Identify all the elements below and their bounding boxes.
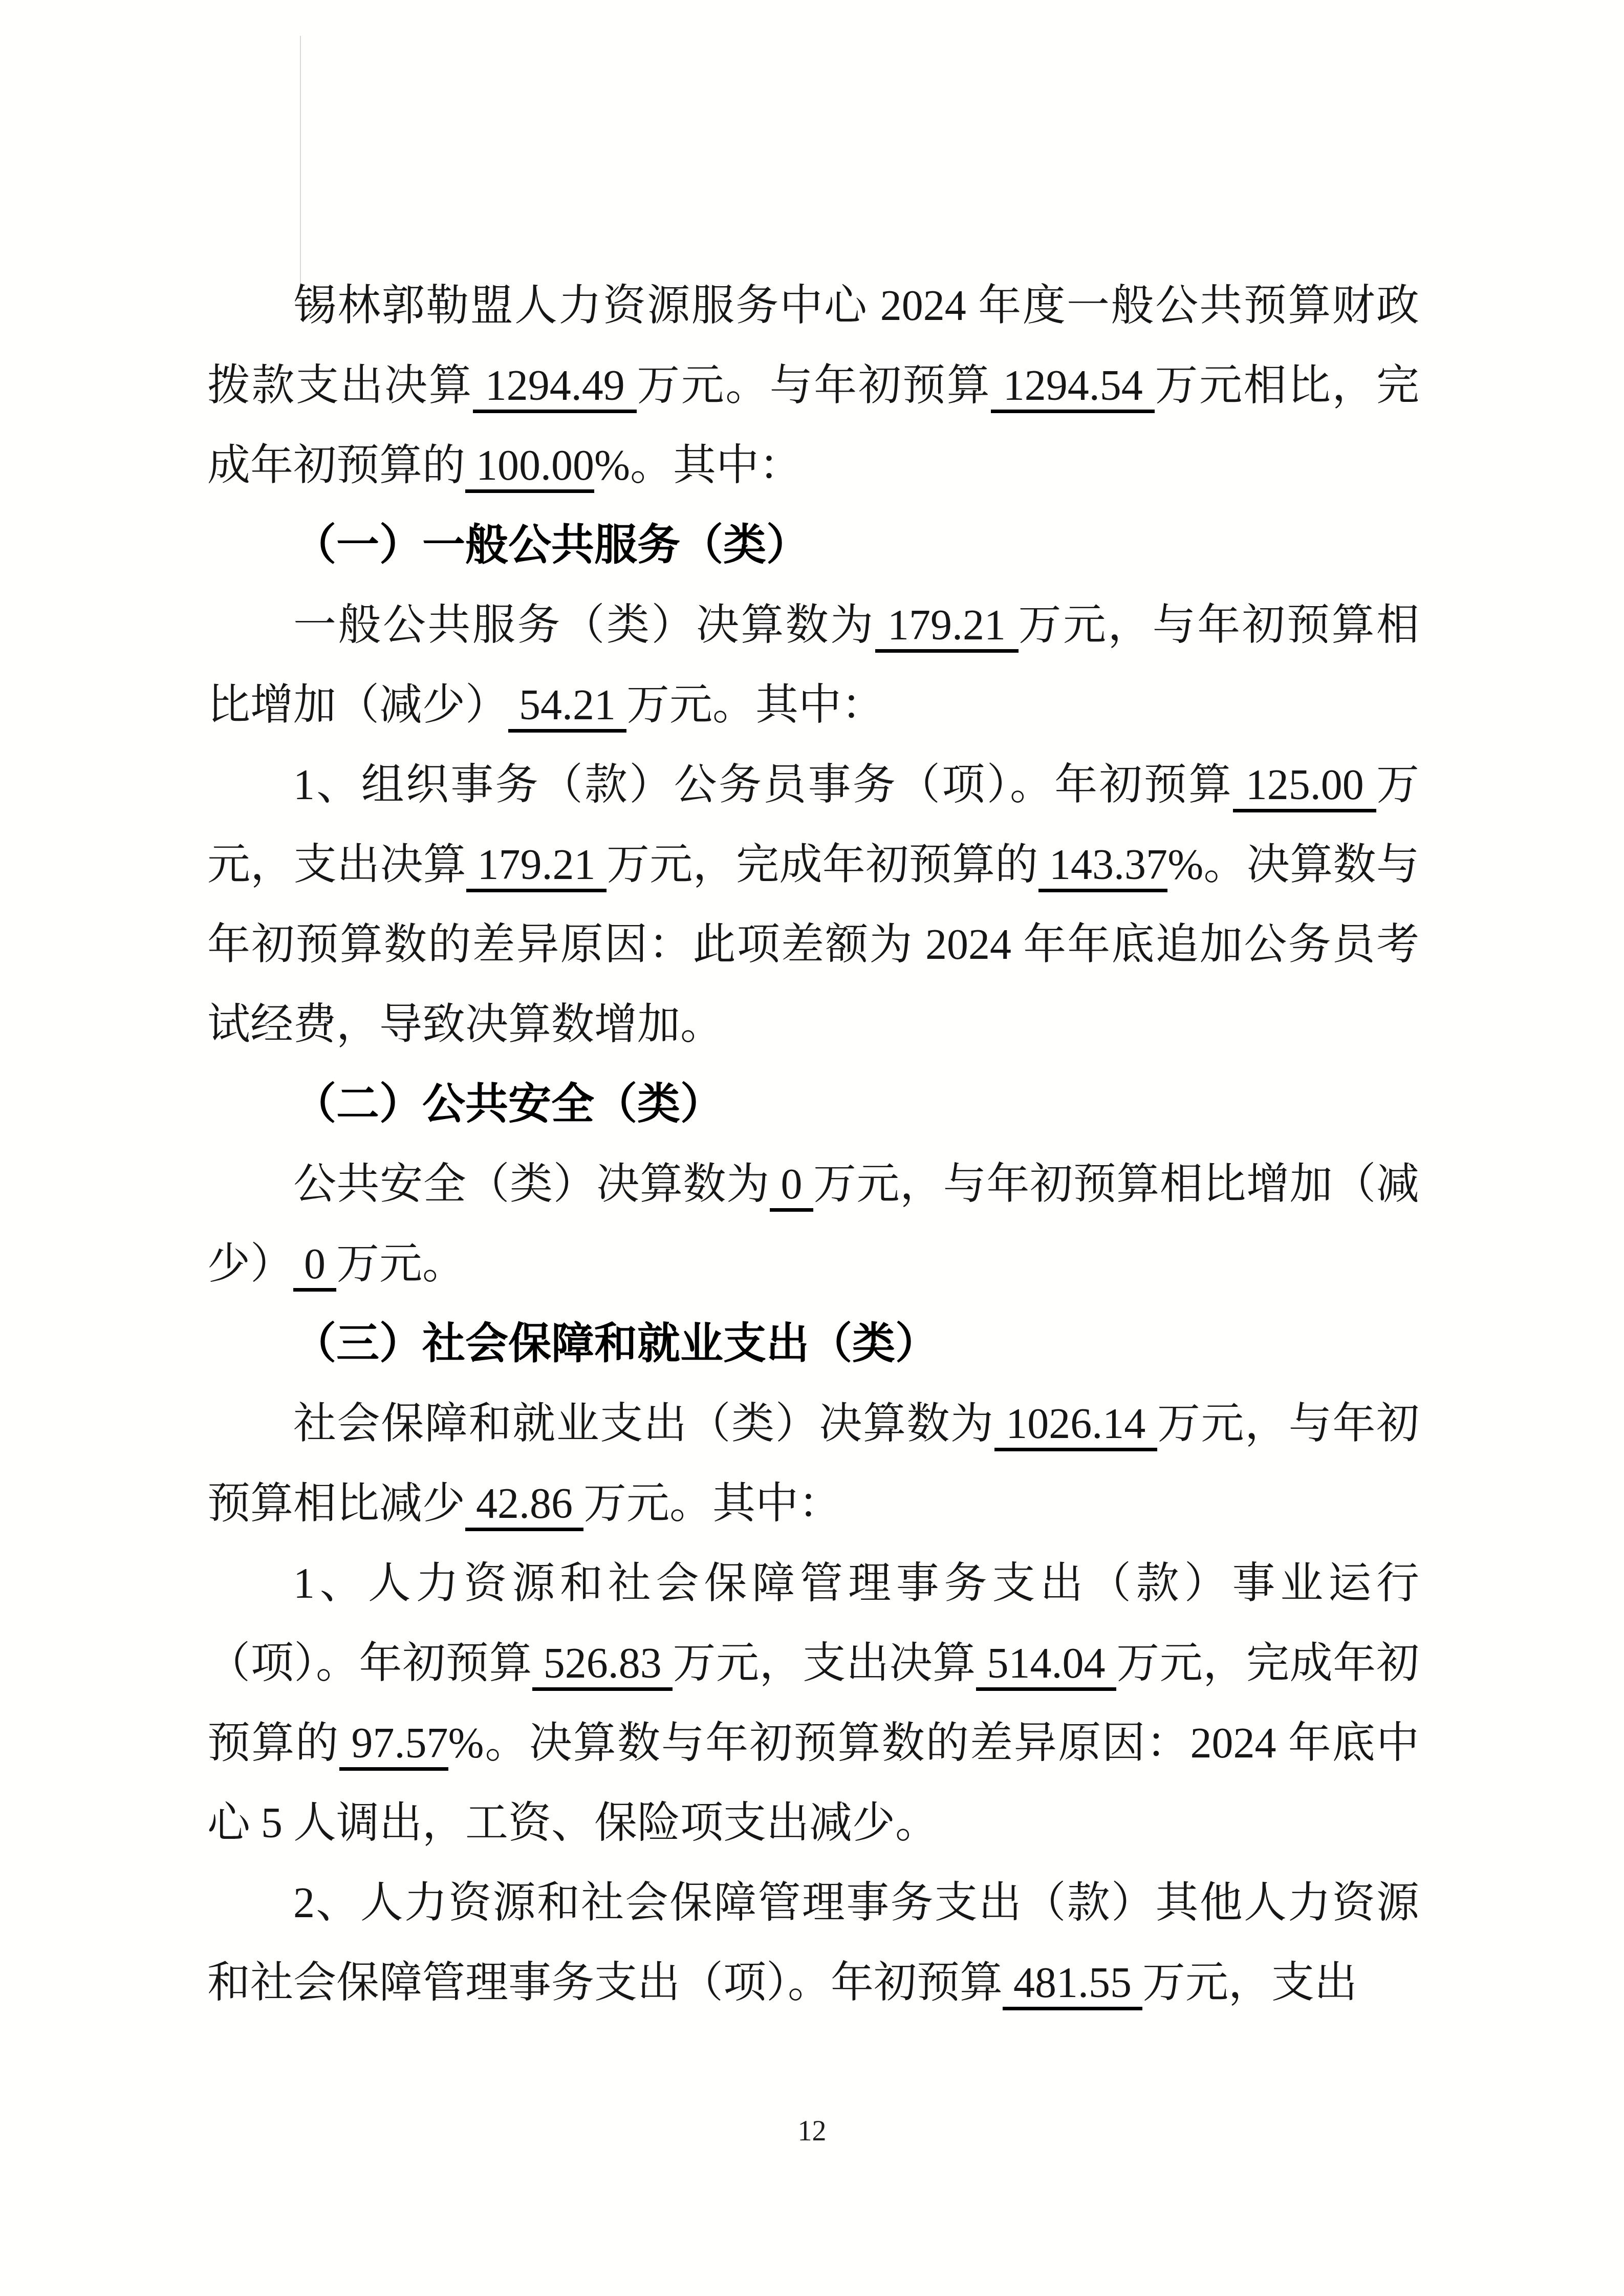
document-body: 锡林郭勒盟人力资源服务中心 2024 年度一般公共预算财政拨款支出决算 1294… — [207, 266, 1419, 2023]
underlined-value: 42.86 — [465, 1480, 583, 1531]
section-heading: （一）一般公共服务（类） — [207, 506, 1419, 586]
section-heading: （二）公共安全（类） — [207, 1065, 1419, 1145]
text-segment: 万元。其中： — [626, 681, 884, 729]
text-segment: 公共安全（类）决算数为 — [293, 1161, 770, 1208]
underlined-value: 143.37 — [1038, 841, 1167, 892]
text-segment: 一般公共服务（类）决算数为 — [293, 602, 875, 649]
underlined-value: 526.83 — [532, 1640, 673, 1691]
text-segment: 1、组织事务（款）公务员事务（项）。年初预算 — [293, 761, 1233, 809]
underlined-value: 100.00 — [465, 442, 594, 493]
paragraph: 1、人力资源和社会保障管理事务支出（款）事业运行（项）。年初预算 526.83 … — [207, 1544, 1419, 1863]
text-segment: 万元，支出决算 — [673, 1640, 976, 1687]
page-number: 12 — [0, 2113, 1624, 2149]
text-segment: （二）公共安全（类） — [293, 1081, 723, 1128]
underlined-value: 179.21 — [466, 841, 607, 892]
paragraph: 公共安全（类）决算数为 0 万元，与年初预算相比增加（减少） 0 万元。 — [207, 1145, 1419, 1304]
section-heading: （三）社会保障和就业支出（类） — [207, 1304, 1419, 1384]
underlined-value: 0 — [293, 1240, 336, 1292]
text-segment: 社会保障和就业支出（类）决算数为 — [293, 1400, 994, 1448]
underlined-value: 1294.54 — [991, 362, 1155, 413]
text-segment: 万元。 — [336, 1240, 465, 1288]
text-segment: 万元，支出 — [1142, 1959, 1357, 2007]
document-page: 锡林郭勒盟人力资源服务中心 2024 年度一般公共预算财政拨款支出决算 1294… — [0, 0, 1624, 2296]
paragraph: 锡林郭勒盟人力资源服务中心 2024 年度一般公共预算财政拨款支出决算 1294… — [207, 266, 1419, 506]
underlined-value: 97.57 — [339, 1720, 448, 1771]
paragraph: 社会保障和就业支出（类）决算数为 1026.14 万元，与年初预算相比减少 42… — [207, 1384, 1419, 1544]
underlined-value: 481.55 — [1003, 1959, 1142, 2010]
text-segment: 万元，完成年初预算的 — [607, 841, 1038, 889]
text-segment: %。其中： — [594, 442, 802, 489]
text-segment: 万元。与年初预算 — [637, 362, 991, 410]
underlined-value: 179.21 — [875, 602, 1019, 653]
text-segment: （一）一般公共服务（类） — [293, 522, 809, 569]
paragraph: 一般公共服务（类）决算数为 179.21 万元，与年初预算相比增加（减少） 54… — [207, 586, 1419, 745]
paragraph: 2、人力资源和社会保障管理事务支出（款）其他人力资源和社会保障管理事务支出（项）… — [207, 1863, 1419, 2023]
text-segment: （三）社会保障和就业支出（类） — [293, 1320, 938, 1368]
text-segment: 万元。其中： — [583, 1480, 841, 1528]
underlined-value: 54.21 — [508, 681, 626, 733]
paragraph: 1、组织事务（款）公务员事务（项）。年初预算 125.00 万元，支出决算 17… — [207, 745, 1419, 1065]
underlined-value: 1294.49 — [473, 362, 637, 413]
underlined-value: 0 — [770, 1161, 813, 1212]
underlined-value: 514.04 — [976, 1640, 1116, 1691]
underlined-value: 1026.14 — [994, 1400, 1157, 1451]
underlined-value: 125.00 — [1233, 761, 1376, 812]
